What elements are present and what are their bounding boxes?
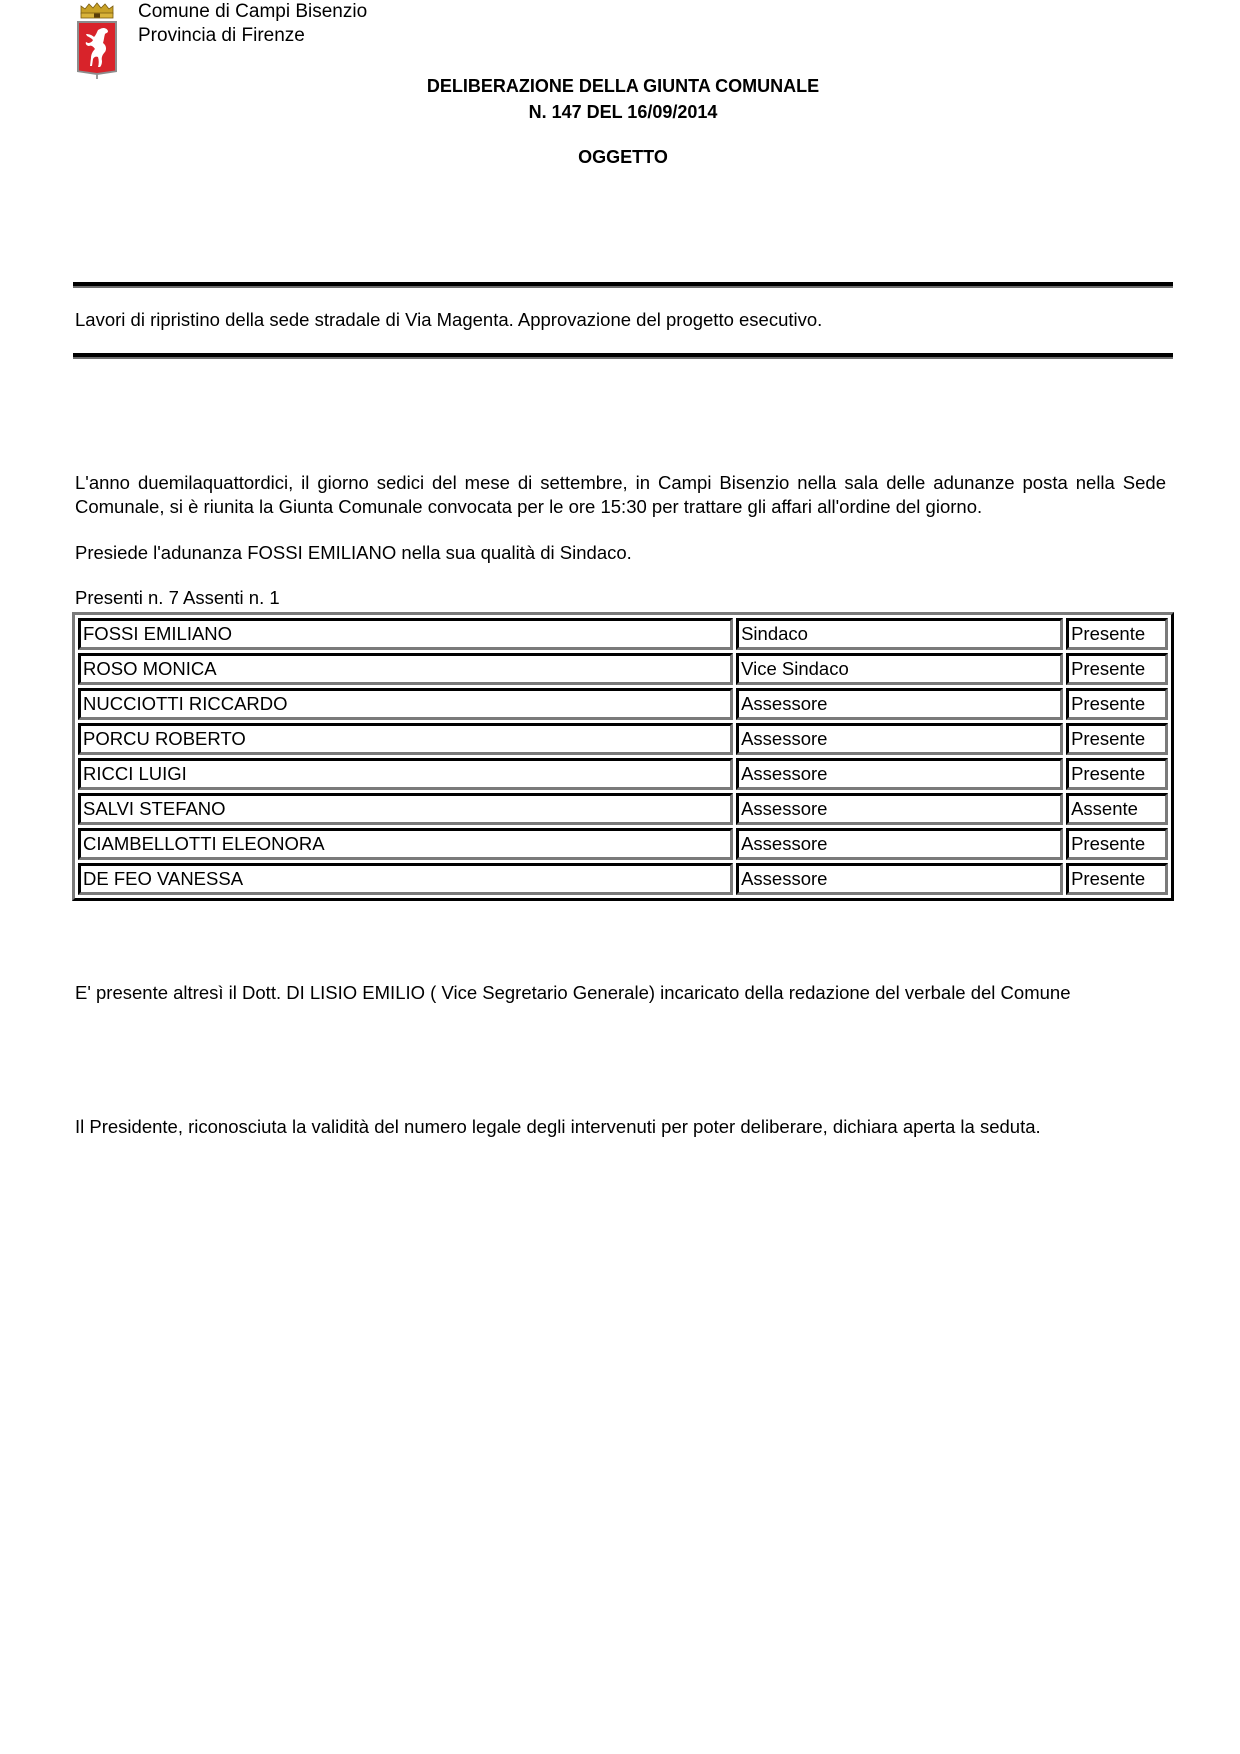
document-title: DELIBERAZIONE DELLA GIUNTA COMUNALE xyxy=(0,75,1240,97)
presiding-paragraph: Presiede l'adunanza FOSSI EMILIANO nella… xyxy=(75,541,1166,565)
coat-of-arms-icon xyxy=(74,2,120,80)
table-row: RICCI LUIGIAssessorePresente xyxy=(78,758,1168,790)
province-name: Provincia di Firenze xyxy=(138,25,305,47)
member-status: Presente xyxy=(1066,688,1168,720)
org-name: Comune di Campi Bisenzio xyxy=(138,1,367,23)
member-status: Presente xyxy=(1066,618,1168,650)
table-row: ROSO MONICAVice SindacoPresente xyxy=(78,653,1168,685)
member-role: Assessore xyxy=(736,863,1063,895)
member-role: Assessore xyxy=(736,793,1063,825)
member-status: Presente xyxy=(1066,758,1168,790)
member-role: Sindaco xyxy=(736,618,1063,650)
member-status: Presente xyxy=(1066,863,1168,895)
member-name: PORCU ROBERTO xyxy=(78,723,733,755)
table-row: SALVI STEFANOAssessoreAssente xyxy=(78,793,1168,825)
table-row: CIAMBELLOTTI ELEONORAAssessorePresente xyxy=(78,828,1168,860)
table-row: FOSSI EMILIANOSindacoPresente xyxy=(78,618,1168,650)
opening-paragraph: L'anno duemilaquattordici, il giorno sed… xyxy=(75,471,1166,519)
member-role: Assessore xyxy=(736,723,1063,755)
member-name: SALVI STEFANO xyxy=(78,793,733,825)
member-role: Assessore xyxy=(736,758,1063,790)
crown-icon xyxy=(81,3,113,18)
section-heading-oggetto: OGGETTO xyxy=(0,146,1240,168)
table-row: NUCCIOTTI RICCARDOAssessorePresente xyxy=(78,688,1168,720)
attendance-summary: Presenti n. 7 Assenti n. 1 xyxy=(75,586,1166,610)
subject-text: Lavori di ripristino della sede stradale… xyxy=(75,308,822,332)
member-name: RICCI LUIGI xyxy=(78,758,733,790)
member-name: FOSSI EMILIANO xyxy=(78,618,733,650)
table-row: DE FEO VANESSAAssessorePresente xyxy=(78,863,1168,895)
member-status: Assente xyxy=(1066,793,1168,825)
table-row: PORCU ROBERTOAssessorePresente xyxy=(78,723,1168,755)
member-role: Assessore xyxy=(736,688,1063,720)
secretary-paragraph: E' presente altresì il Dott. DI LISIO EM… xyxy=(75,981,1166,1005)
subject-bottom-divider xyxy=(73,353,1173,359)
member-name: DE FEO VANESSA xyxy=(78,863,733,895)
member-name: NUCCIOTTI RICCARDO xyxy=(78,688,733,720)
subject-top-divider xyxy=(73,282,1173,288)
members-table: FOSSI EMILIANOSindacoPresenteROSO MONICA… xyxy=(72,612,1174,901)
deliberation-number: N. 147 DEL 16/09/2014 xyxy=(0,101,1240,123)
member-name: ROSO MONICA xyxy=(78,653,733,685)
member-name: CIAMBELLOTTI ELEONORA xyxy=(78,828,733,860)
member-status: Presente xyxy=(1066,828,1168,860)
quorum-paragraph: Il Presidente, riconosciuta la validità … xyxy=(75,1115,1166,1139)
member-role: Vice Sindaco xyxy=(736,653,1063,685)
member-status: Presente xyxy=(1066,723,1168,755)
member-role: Assessore xyxy=(736,828,1063,860)
member-status: Presente xyxy=(1066,653,1168,685)
